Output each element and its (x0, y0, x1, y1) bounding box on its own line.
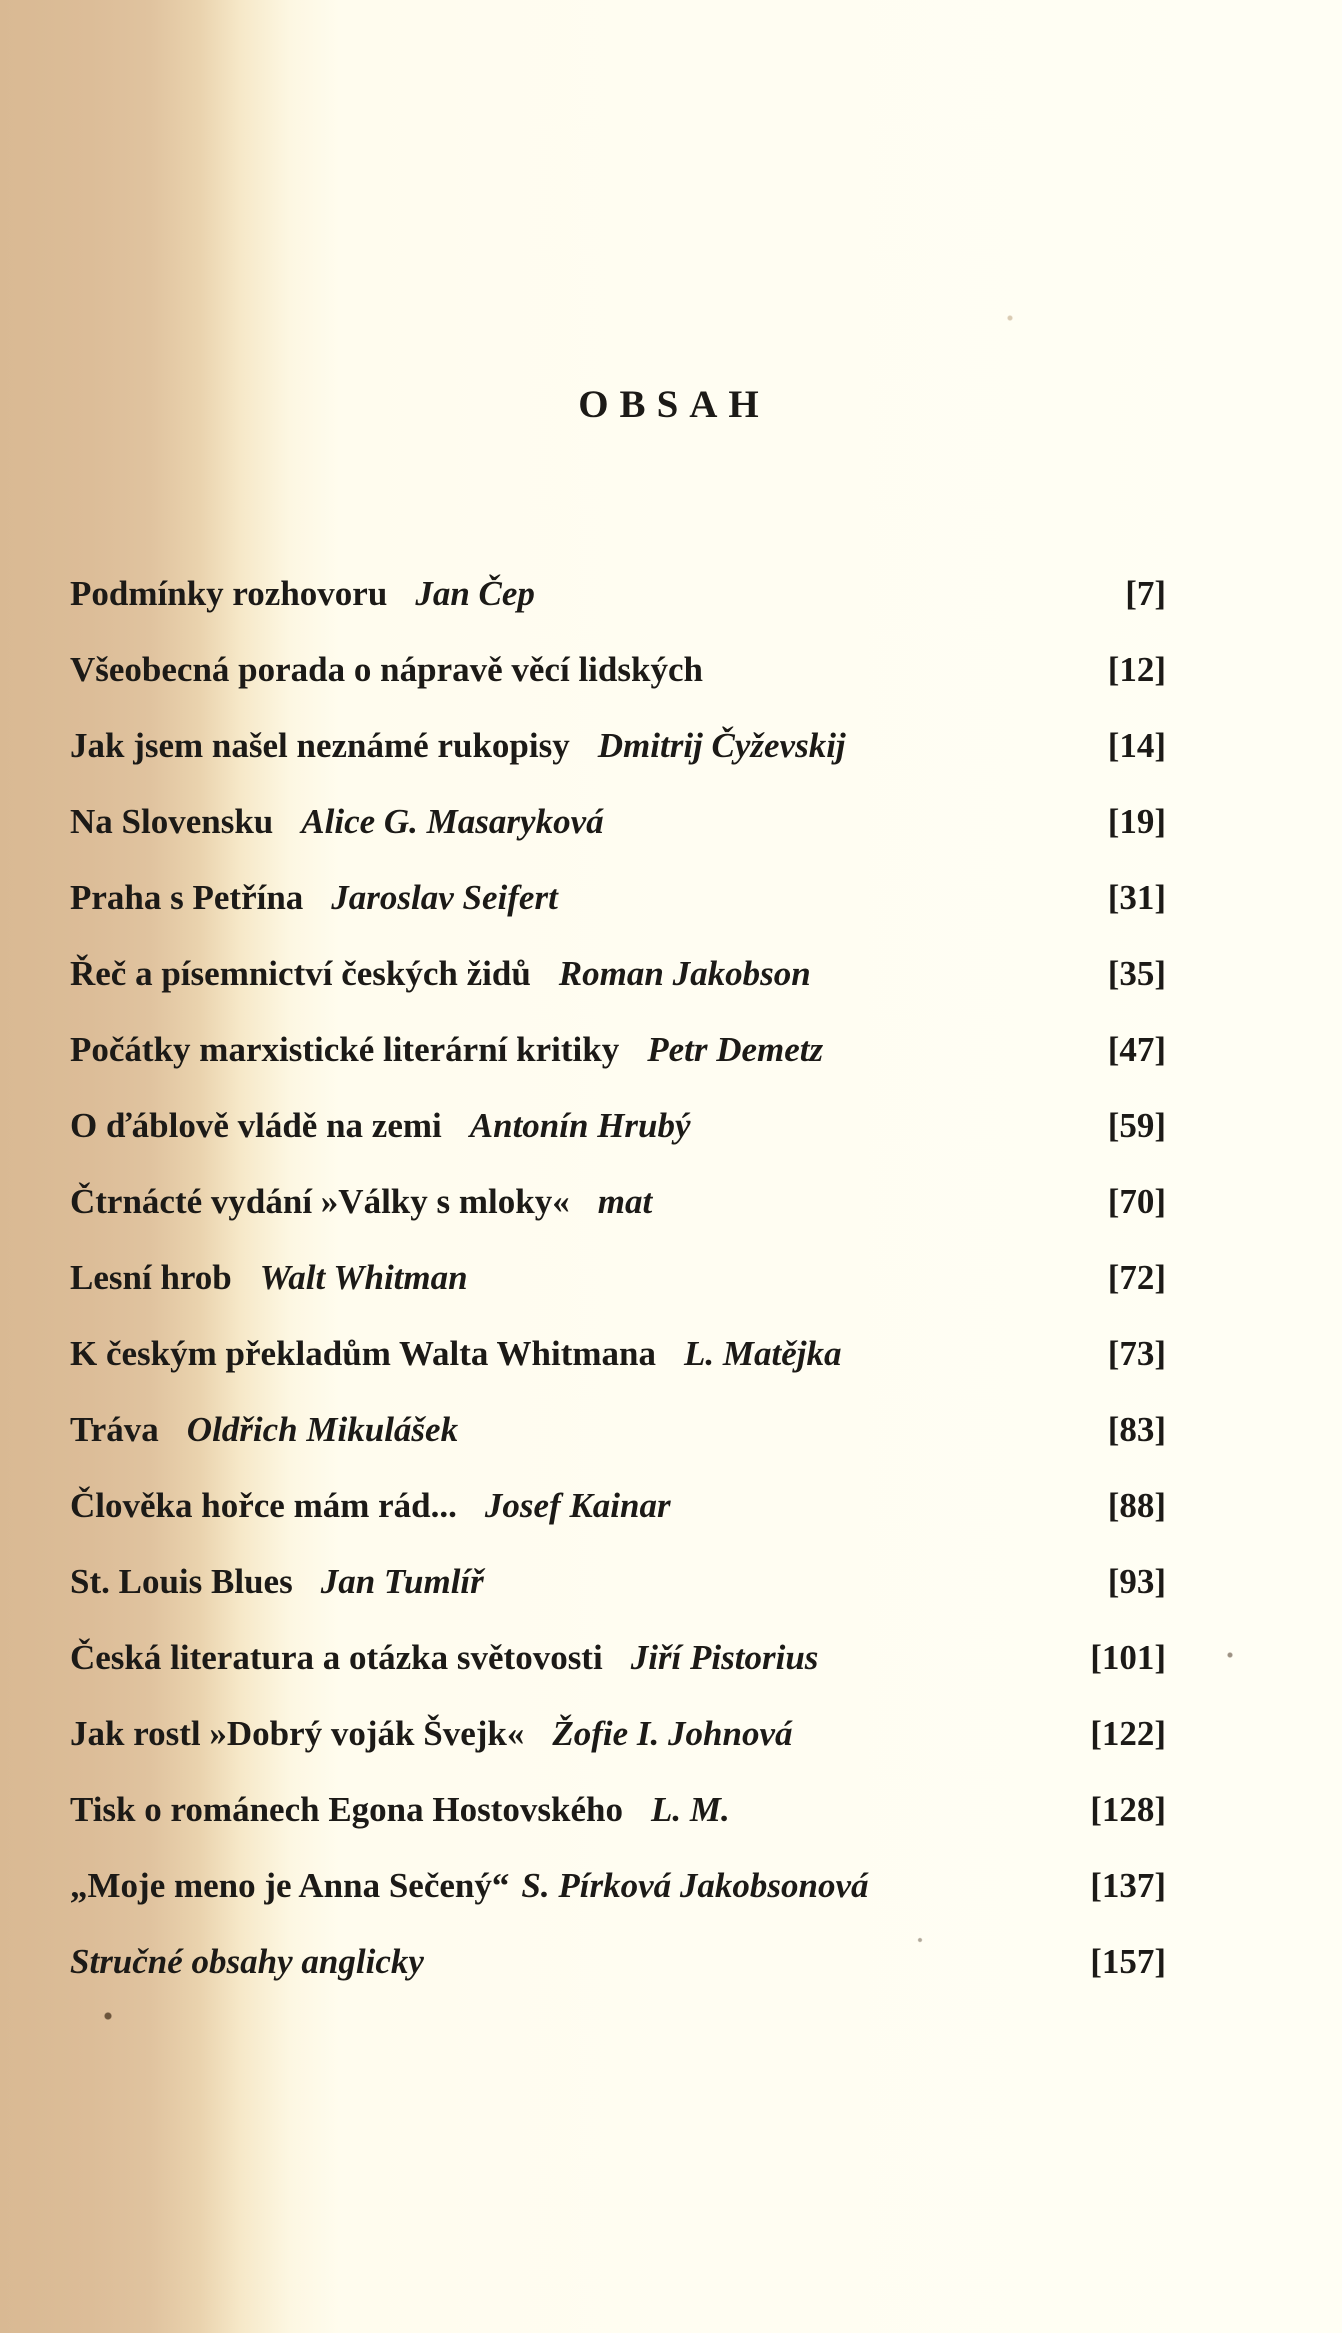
entry-title: Řeč a písemnictví českých židů (70, 954, 531, 993)
entry-title: Tisk o románech Egona Hostovského (70, 1790, 623, 1829)
toc-entry: Na SlovenskuAlice G. Masaryková [19] (70, 794, 1166, 870)
page-title: OBSAH (0, 382, 1342, 427)
entry-author: Petr Demetz (647, 1030, 823, 1069)
entry-page-number: [93] (1108, 1554, 1166, 1610)
toc-entry: Řeč a písemnictví českých židůRoman Jako… (70, 946, 1166, 1022)
entry-author: Jiří Pistorius (631, 1638, 819, 1677)
entry-title: Podmínky rozhovoru (70, 574, 387, 613)
table-of-contents: Podmínky rozhovoruJan Čep [7] Všeobecná … (70, 566, 1166, 2010)
entry-author: Alice G. Masaryková (301, 802, 603, 841)
entry-title: Počátky marxistické literární kritiky (70, 1030, 619, 1069)
entry-page-number: [72] (1108, 1250, 1166, 1306)
entry-author: Jan Tumlíř (321, 1562, 484, 1601)
toc-entry: Všeobecná porada o nápravě věcí lidských… (70, 642, 1166, 718)
entry-page-number: [59] (1108, 1098, 1166, 1154)
entry-title: Na Slovensku (70, 802, 273, 841)
toc-entry: Tisk o románech Egona HostovskéhoL. M. [… (70, 1782, 1166, 1858)
entry-page-number: [73] (1108, 1326, 1166, 1382)
entry-author: Dmitrij Čyževskij (598, 726, 846, 765)
toc-entry: Stručné obsahy anglicky [157] (70, 1934, 1166, 2010)
toc-entry: Česká literatura a otázka světovostiJiří… (70, 1630, 1166, 1706)
entry-author: Jan Čep (415, 574, 535, 613)
book-page: OBSAH Podmínky rozhovoruJan Čep [7] Všeo… (0, 0, 1342, 2333)
entry-author: Antonín Hrubý (470, 1106, 691, 1145)
entry-author: Walt Whitman (260, 1258, 468, 1297)
entry-page-number: [157] (1090, 1934, 1166, 1990)
entry-page-number: [122] (1090, 1706, 1166, 1762)
entry-author: Josef Kainar (485, 1486, 671, 1525)
toc-entry: Lesní hrobWalt Whitman [72] (70, 1250, 1166, 1326)
entry-page-number: [31] (1108, 870, 1166, 926)
entry-title: Praha s Petřína (70, 878, 303, 917)
toc-entry: Podmínky rozhovoruJan Čep [7] (70, 566, 1166, 642)
entry-author: L. Matějka (684, 1334, 841, 1373)
toc-entry: Počátky marxistické literární kritikyPet… (70, 1022, 1166, 1098)
entry-author: L. M. (651, 1790, 730, 1829)
toc-entry: Praha s PetřínaJaroslav Seifert [31] (70, 870, 1166, 946)
toc-entry: Člověka hořce mám rád...Josef Kainar [88… (70, 1478, 1166, 1554)
entry-title: K českým překladům Walta Whitmana (70, 1334, 656, 1373)
entry-title: Člověka hořce mám rád... (70, 1486, 457, 1525)
toc-entry: „Moje meno je Anna Sečený“S. Pírková Jak… (70, 1858, 1166, 1934)
entry-page-number: [12] (1108, 642, 1166, 698)
entry-page-number: [83] (1108, 1402, 1166, 1458)
entry-page-number: [47] (1108, 1022, 1166, 1078)
entry-page-number: [35] (1108, 946, 1166, 1002)
entry-page-number: [14] (1108, 718, 1166, 774)
entry-page-number: [137] (1090, 1858, 1166, 1914)
entry-page-number: [88] (1108, 1478, 1166, 1534)
entry-author: Oldřich Mikulášek (187, 1410, 458, 1449)
entry-title: Jak jsem našel neznámé rukopisy (70, 726, 570, 765)
toc-entry: Čtrnácté vydání »Války s mloky«mat [70] (70, 1174, 1166, 1250)
entry-page-number: [128] (1090, 1782, 1166, 1838)
entry-title: Stručné obsahy anglicky (70, 1942, 424, 1981)
toc-entry: O ďáblově vládě na zemiAntonín Hrubý [59… (70, 1098, 1166, 1174)
entry-title: „Moje meno je Anna Sečený“ (70, 1866, 509, 1905)
toc-entry: Jak jsem našel neznámé rukopisyDmitrij Č… (70, 718, 1166, 794)
entry-title: Česká literatura a otázka světovosti (70, 1638, 603, 1677)
entry-title: Lesní hrob (70, 1258, 232, 1297)
entry-author: Roman Jakobson (559, 954, 811, 993)
entry-author: mat (598, 1182, 652, 1221)
entry-page-number: [70] (1108, 1174, 1166, 1230)
entry-title: Tráva (70, 1410, 159, 1449)
entry-title: St. Louis Blues (70, 1562, 293, 1601)
entry-title: Jak rostl »Dobrý voják Švejk« (70, 1714, 524, 1753)
entry-page-number: [7] (1125, 566, 1166, 622)
toc-entry: K českým překladům Walta WhitmanaL. Matě… (70, 1326, 1166, 1402)
entry-author: Jaroslav Seifert (331, 878, 558, 917)
toc-entry: St. Louis BluesJan Tumlíř [93] (70, 1554, 1166, 1630)
toc-entry: Jak rostl »Dobrý voják Švejk«Žofie I. Jo… (70, 1706, 1166, 1782)
entry-page-number: [101] (1090, 1630, 1166, 1686)
entry-title: Čtrnácté vydání »Války s mloky« (70, 1182, 570, 1221)
entry-author: S. Pírková Jakobsonová (521, 1866, 868, 1905)
entry-title: Všeobecná porada o nápravě věcí lidských (70, 650, 703, 689)
entry-page-number: [19] (1108, 794, 1166, 850)
entry-title: O ďáblově vládě na zemi (70, 1106, 442, 1145)
entry-author: Žofie I. Johnová (552, 1714, 792, 1753)
toc-entry: TrávaOldřich Mikulášek [83] (70, 1402, 1166, 1478)
